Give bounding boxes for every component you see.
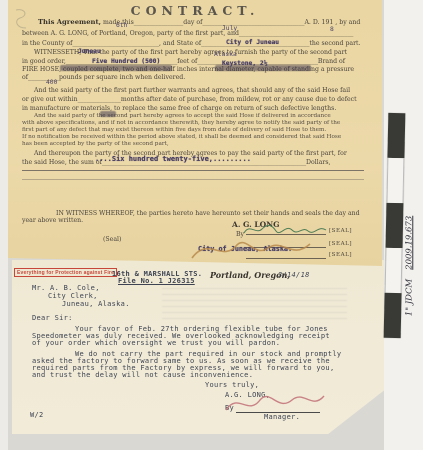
typed-day: 6th [116,22,127,29]
typed-amount: ....Six hundred twenty-five,......... [95,155,251,163]
scale-inch-label: 1" JDCM [404,279,414,316]
contract-line: If no notification be received within th… [22,134,341,141]
contract-line: has been accepted by the party of the se… [22,141,169,148]
contract-line: in manufacture or materials, to replace … [22,105,336,112]
recipient-name: Mr. A. B. Cole, [32,285,100,292]
overstrike-smudge [100,111,116,117]
typed-pressure: 400 [46,79,57,86]
letter-body-line: and trust the delay will not cause incon… [32,372,253,379]
seal-label: [SEAL] [329,252,352,258]
typed-month: July [222,25,237,32]
contract-line: with above specifications, and if not in… [22,120,340,127]
contract-paper: CONTRACT. This Agreement, made this_____… [8,0,382,266]
letter-paper: Everything for Protection against Fire 1… [12,260,384,434]
pencil-mark [12,6,34,32]
red-rubber-stamp: Everything for Protection against Fire [14,268,117,277]
accession-number: 2009.19.673 [404,216,414,270]
seal-label: [SEAL] [329,241,352,247]
typed-county: Juneau [78,48,101,55]
typed-year: 8 [330,26,334,33]
typed-feet: Five Hundred (500) [92,58,160,65]
scanned-document: CONTRACT. This Agreement, made this_____… [0,0,423,450]
contract-line: in good order,__________________________… [22,58,345,65]
contract-line: And the said party of the first part fur… [34,87,350,94]
typed-state: Alaska [214,51,237,58]
scan-background-left [0,0,8,450]
seal-label: [SEAL] [329,228,352,234]
blank-rule [22,179,364,180]
accession-annotation: 1" JDCM2009.19.673 [396,178,422,354]
contract-line: between A. G. LONG, of Portland, Oregon,… [22,30,353,37]
typed-brand: Keystone, 2½ [222,60,268,67]
contract-line: This Agreement, made this_______________… [38,19,360,26]
file-number: File No. 1 J26315 [118,278,195,285]
contract-line: And the said party of the second part he… [34,113,331,120]
scale-segment-black [387,113,405,158]
salutation: Dear Sir: [32,315,73,322]
signature-red-ink [220,386,330,418]
typist-reference: W/2 [30,412,44,419]
signature-orange-ink [188,232,324,266]
contract-line: first part of any defect that may exist … [22,127,326,134]
witness-line: IN WITNESS WHEREOF, the parties hereto h… [56,210,360,217]
blank-rule [22,170,364,171]
recipient-title: City Clerk, [48,293,98,300]
recipient-city: Juneau, Alaska. [62,301,130,308]
contract-line: in the County of________________________… [22,40,361,47]
contract-line: or give out within______________months a… [22,96,357,103]
date-line: 3/14/18 [278,272,310,279]
seal-paren-label: (Seal) [103,236,121,243]
typed-party: City of Juneau [226,39,279,46]
contract-title: CONTRACT. [8,3,382,18]
ink-bleed-through [162,288,347,324]
letter-body-line: of your order which oversight we trust y… [32,340,280,347]
witness-line: year above written. [22,217,83,224]
overstrike-smudge [60,65,172,71]
agreement-lead: This Agreement, [38,18,101,26]
